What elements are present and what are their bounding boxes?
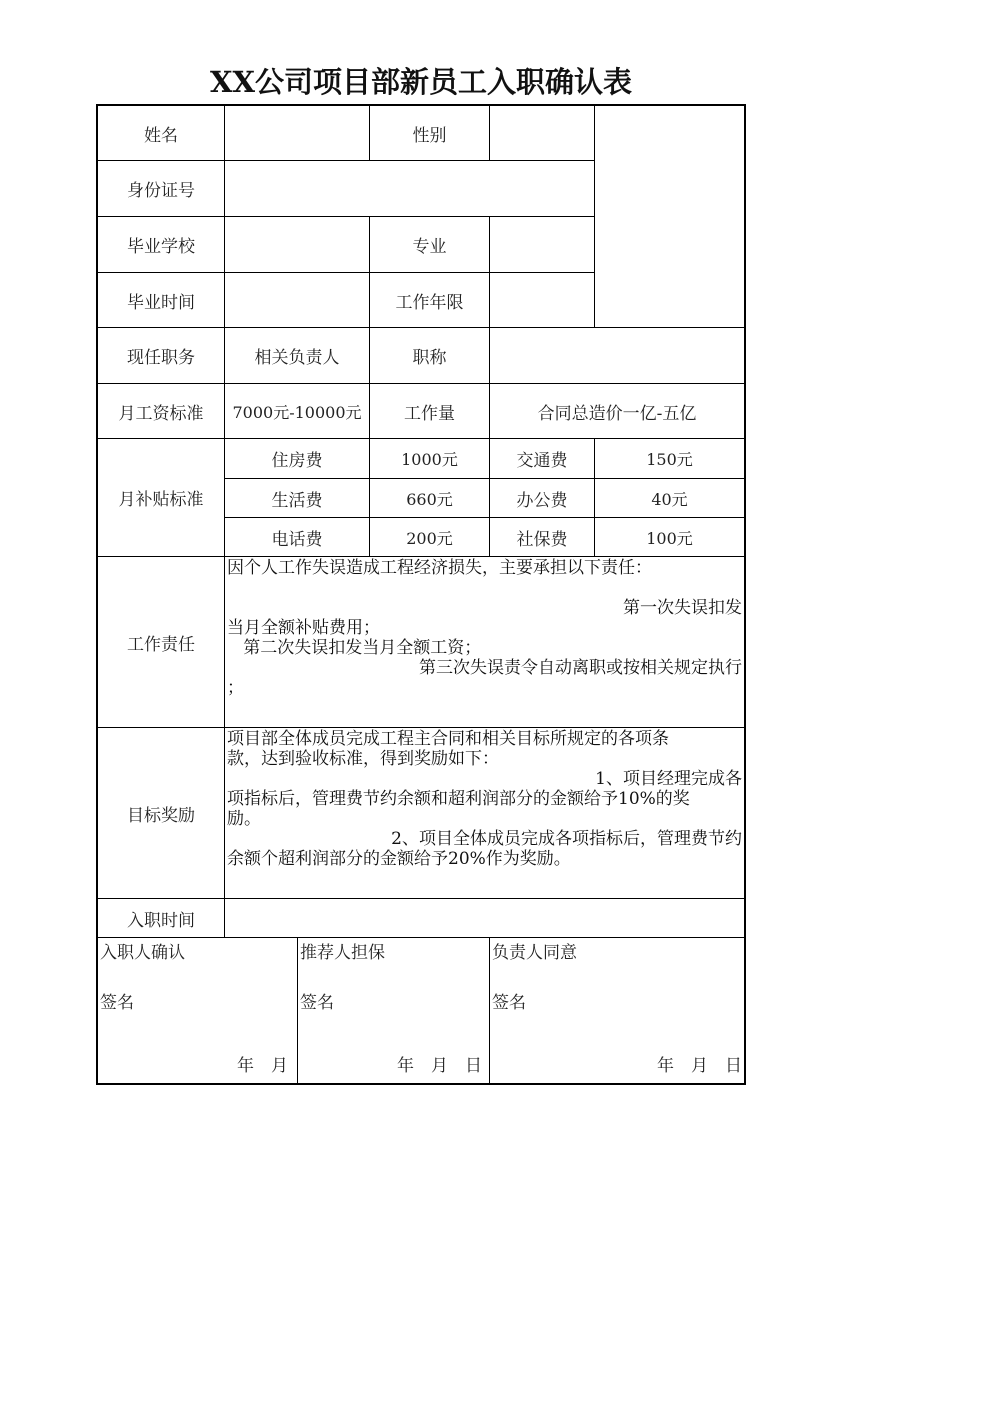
allowance-item-name: 社保费 — [490, 518, 594, 556]
allowance-item-amount[interactable]: 150元 — [595, 439, 744, 478]
text-line: 因个人工作失误造成工程经济损失，主要承担以下责任： — [227, 558, 742, 578]
manager-date[interactable]: 年 月 日 — [490, 1051, 742, 1076]
allowance-item-name: 办公费 — [490, 479, 594, 517]
document-title: XX公司项目部新员工入职确认表 — [96, 60, 746, 101]
text-line: 余额个超利润部分的金额给予20%作为奖励。 — [227, 849, 742, 869]
responsibility-label: 工作责任 — [98, 557, 224, 727]
current-position-label: 现任职务 — [98, 328, 224, 383]
major-field[interactable] — [490, 217, 594, 272]
text-line: 第三次失误责令自动离职或按相关规定执行 — [227, 658, 742, 678]
graduation-date-field[interactable] — [225, 273, 369, 327]
referrer-date[interactable]: 年 月 日 — [298, 1051, 482, 1076]
entry-date-field[interactable] — [225, 899, 744, 937]
allowance-item-amount[interactable]: 200元 — [370, 518, 489, 556]
graduation-date-label: 毕业时间 — [98, 273, 224, 327]
workload-field[interactable]: 合同总造价一亿-五亿 — [490, 384, 744, 438]
work-years-label: 工作年限 — [370, 273, 489, 327]
name-label: 姓名 — [98, 106, 224, 160]
allowance-item-name: 住房费 — [225, 439, 369, 478]
id-number-field[interactable] — [225, 161, 594, 216]
id-number-label: 身份证号 — [98, 161, 224, 216]
allowance-item-amount[interactable]: 100元 — [595, 518, 744, 556]
new-hire-confirm-heading: 入职人确认 — [100, 938, 185, 963]
allowance-item-amount[interactable]: 1000元 — [370, 439, 489, 478]
allowance-item-name: 电话费 — [225, 518, 369, 556]
text-line: 当月全额补贴费用； — [227, 618, 742, 638]
job-title-label: 职称 — [370, 328, 489, 383]
gender-label: 性别 — [370, 106, 489, 160]
school-field[interactable] — [225, 217, 369, 272]
text-line: 第一次失误扣发 — [227, 598, 742, 618]
name-field[interactable] — [225, 106, 369, 160]
new-hire-date[interactable]: 年 月 — [98, 1051, 288, 1076]
allowance-item-amount[interactable]: 660元 — [370, 479, 489, 517]
text-line: 项目部全体成员完成工程主合同和相关目标所规定的各项条 — [227, 729, 742, 749]
manager-sign-label[interactable]: 签名 — [492, 988, 526, 1013]
current-position-field[interactable]: 相关负责人 — [225, 328, 369, 383]
monthly-salary-field[interactable]: 7000元-10000元 — [225, 384, 369, 438]
manager-approval-heading: 负责人同意 — [492, 938, 577, 963]
referrer-sign-label[interactable]: 签名 — [300, 988, 334, 1013]
referrer-guarantee-heading: 推荐人担保 — [300, 938, 385, 963]
photo-area[interactable] — [595, 106, 744, 327]
allowance-item-name: 生活费 — [225, 479, 369, 517]
work-years-field[interactable] — [490, 273, 594, 327]
gender-field[interactable] — [490, 106, 594, 160]
text-line: 第二次失误扣发当月全额工资； — [227, 638, 742, 658]
monthly-salary-label: 月工资标准 — [98, 384, 224, 438]
entry-date-label: 入职时间 — [98, 899, 224, 937]
allowance-label: 月补贴标准 — [98, 439, 224, 556]
responsibility-text: 因个人工作失误造成工程经济损失，主要承担以下责任： 第一次失误扣发 当月全额补贴… — [227, 558, 742, 698]
reward-text: 项目部全体成员完成工程主合同和相关目标所规定的各项条 款，达到验收标准，得到奖励… — [227, 729, 742, 869]
text-line — [227, 578, 742, 598]
text-line: 款，达到验收标准，得到奖励如下： — [227, 749, 742, 769]
school-label: 毕业学校 — [98, 217, 224, 272]
major-label: 专业 — [370, 217, 489, 272]
text-line: 1、项目经理完成各 — [227, 769, 742, 789]
text-line: 2、项目全体成员完成各项指标后，管理费节约 — [227, 829, 742, 849]
new-hire-sign-label[interactable]: 签名 — [100, 988, 134, 1013]
onboarding-form-table: 姓名 性别 身份证号 毕业学校 专业 毕业时间 工作年限 现任职务 相关负责人 … — [96, 104, 746, 1085]
allowance-item-name: 交通费 — [490, 439, 594, 478]
workload-label: 工作量 — [370, 384, 489, 438]
allowance-item-amount[interactable]: 40元 — [595, 479, 744, 517]
reward-label: 目标奖励 — [98, 728, 224, 898]
text-line: 励。 — [227, 809, 742, 829]
row-divider — [98, 937, 744, 938]
text-line: ； — [227, 678, 742, 698]
job-title-field[interactable] — [490, 328, 744, 383]
text-line: 项指标后，管理费节约余额和超利润部分的金额给予10%的奖 — [227, 789, 742, 809]
